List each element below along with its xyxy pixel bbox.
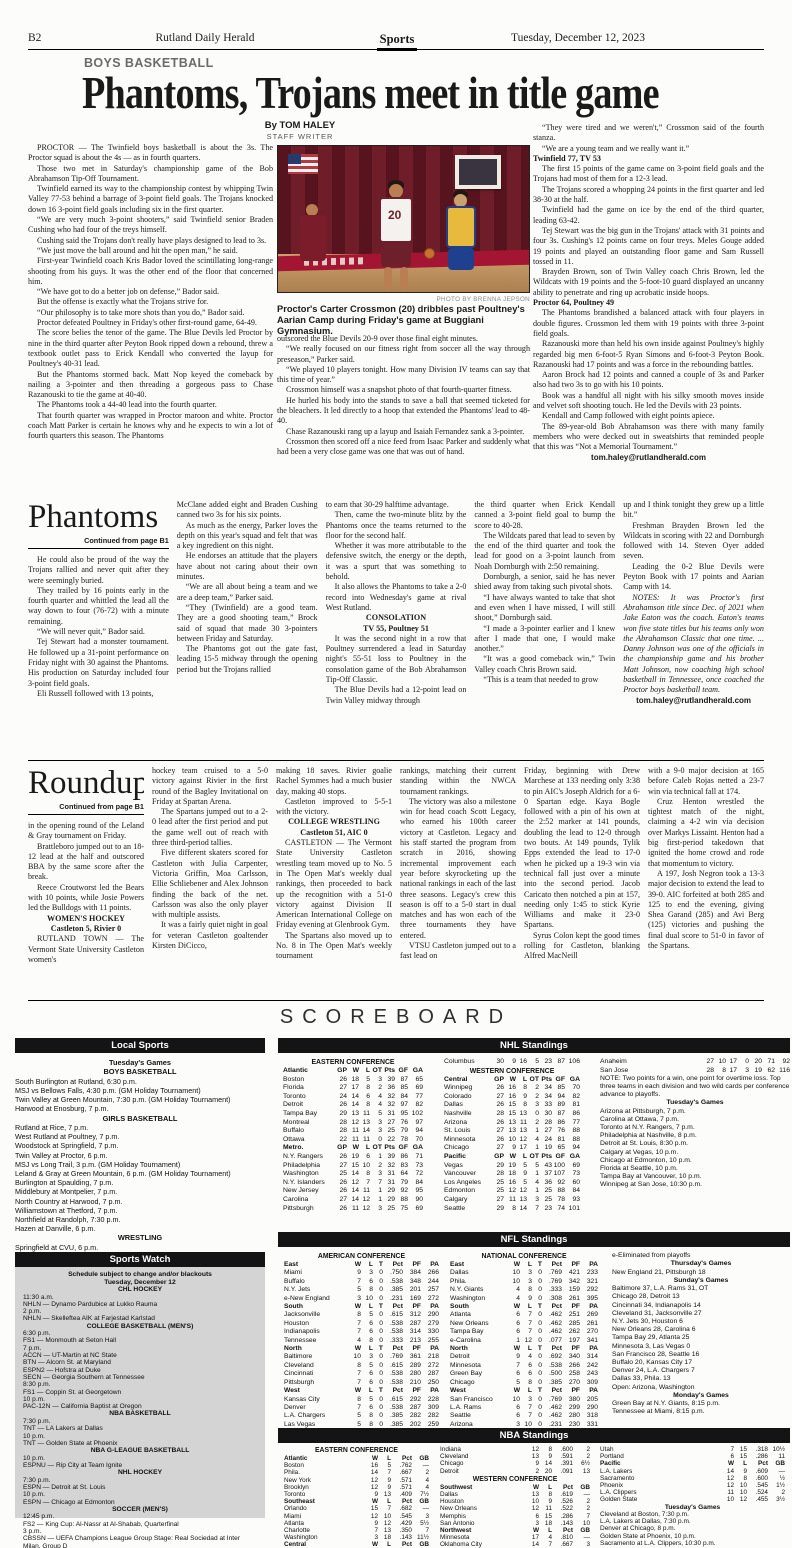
games-heading: Tuesday, December 12	[23, 1279, 257, 1287]
schedule-line: ESPNU — Rip City at Team Ignite	[23, 1462, 257, 1469]
stat-value: 280	[403, 1370, 421, 1378]
stat-value: 6	[361, 1379, 373, 1387]
stat-value: Pct	[542, 1387, 562, 1395]
standings-row: Chicago914.3916½	[440, 1460, 590, 1467]
schedule-line: Middlebury at Montpelier, 7 p.m.	[15, 1187, 265, 1196]
stat-value: .462	[542, 1320, 562, 1328]
stat-value: 65	[552, 1144, 565, 1153]
byline: By TOM HALEY STAFF WRITER	[170, 120, 430, 141]
stat-value: .545	[747, 1482, 768, 1489]
stat-value: L	[378, 1498, 391, 1505]
stat-value: —	[412, 1462, 429, 1469]
stat-value: 86	[565, 1110, 580, 1119]
schedule-line: FS1 — Monmouth at Seton Hall	[23, 1337, 257, 1344]
stat-value: 11	[516, 1119, 527, 1128]
roundup-header: Roundup Continued from page B1	[28, 766, 144, 815]
stat-value: 6	[361, 1404, 373, 1412]
stat-value: 107	[552, 1170, 565, 1179]
standings-row: Boston261853398765	[283, 1076, 423, 1085]
team-name: Anaheim	[600, 1058, 701, 1067]
stat-value: 269	[580, 1311, 598, 1319]
stat-value: PA	[421, 1261, 439, 1269]
stat-value: 233	[580, 1269, 598, 1277]
paragraph: making 18 saves. Rivier goalie Rachel Sy…	[276, 766, 392, 797]
conference-header: WESTERN CONFERENCE	[444, 1067, 580, 1076]
team-name: Memphis	[440, 1513, 526, 1520]
stat-value: PA	[421, 1387, 439, 1395]
paragraph: Freshman Brayden Brown led the Wildcats …	[623, 521, 764, 562]
stat-value: L	[520, 1261, 532, 1269]
stat-value: 6	[359, 1153, 370, 1162]
stat-value: 314	[580, 1353, 598, 1361]
team-name: Arizona	[444, 1119, 491, 1128]
stat-value: .091	[552, 1468, 573, 1475]
phantoms-continued: Continued from page B1	[28, 536, 169, 545]
stat-value: 12	[347, 1119, 359, 1128]
stat-value: 12	[504, 1187, 516, 1196]
stat-value: 23	[539, 1205, 552, 1214]
stat-value: .385	[383, 1286, 403, 1294]
photo-caption: Proctor's Carter Crossmon (20) dribbles …	[277, 304, 530, 336]
stat-value: .591	[552, 1453, 573, 1460]
standings-row: Montreal2812133277697	[283, 1119, 423, 1128]
paragraph: Whether it was more attributable to the …	[326, 541, 467, 582]
stat-value: 12	[365, 1513, 378, 1520]
stat-value: 380	[562, 1396, 580, 1404]
schedule-line: NHLN — Dynamo Pardubice at Lukko Rauma	[23, 1301, 257, 1308]
games-heading: GIRLS BASKETBALL	[15, 1114, 265, 1123]
stat-value: 0	[532, 1311, 542, 1319]
stat-value: 30	[491, 1058, 504, 1067]
team-name: N.Y. Giants	[450, 1286, 508, 1294]
stat-value: 20	[749, 1058, 762, 1067]
standings-row: Seattle670.462280318	[450, 1412, 598, 1420]
team-name: Detroit	[450, 1353, 508, 1361]
stat-value: 13	[378, 1527, 391, 1534]
paragraph: They trailed by 16 points early in the f…	[28, 586, 169, 627]
stat-value: L	[378, 1455, 391, 1462]
schedule-line: ACCN — UT-Martin at NC State	[23, 1352, 257, 1359]
stat-value: 4	[349, 1337, 361, 1345]
stat-value: 169	[403, 1295, 421, 1303]
team-name: Kansas City	[284, 1396, 349, 1404]
stat-value: 8	[361, 1337, 373, 1345]
stat-value: 12	[520, 1337, 532, 1345]
paragraph: “I have always wanted to take that shot …	[474, 593, 615, 624]
stat-value: 292	[403, 1396, 421, 1404]
photo-frame	[455, 155, 501, 189]
team-name: Northwest	[440, 1527, 526, 1534]
stat-value: .500	[542, 1370, 562, 1378]
stat-value: 10	[359, 1162, 370, 1171]
stat-value: 11	[504, 1196, 516, 1205]
standings-row: Jacksonville850.615312290	[284, 1311, 439, 1319]
stat-value: 5½	[412, 1520, 429, 1527]
stat-value: 2	[370, 1162, 382, 1171]
paragraph: Aaron Brock had 12 points and canned a c…	[533, 370, 764, 391]
standings-row: e-New England3100.231169272	[284, 1295, 439, 1303]
schedule-line: Chicago 28, Detroit 13	[612, 1293, 790, 1301]
stat-value: 11	[359, 1187, 370, 1196]
stat-value: Pct	[383, 1303, 403, 1311]
stat-value: 0	[532, 1286, 542, 1294]
stat-value: 3	[370, 1127, 382, 1136]
stat-value: 8	[539, 1446, 552, 1453]
paragraph: Then, came the two-minute blitz by the P…	[326, 510, 467, 541]
games-heading: NBA G-LEAGUE BASKETBALL	[23, 1447, 257, 1455]
stat-value: 13	[359, 1119, 370, 1128]
stat-value: W	[365, 1455, 378, 1462]
standings-row: New Orleans1211.5222	[440, 1505, 590, 1512]
standings-header-row: SouthWLTPctPFPA	[284, 1303, 439, 1311]
stat-value: 11½	[412, 1534, 429, 1541]
team-name: Portland	[600, 1453, 721, 1460]
note-text: CBSSN — UEFA Champions League Group Stag…	[23, 1535, 257, 1548]
stat-value: 28	[539, 1119, 552, 1128]
team-name: Miami	[284, 1269, 349, 1277]
team-name: Cincinnati	[284, 1370, 349, 1378]
stat-value: .750	[383, 1269, 403, 1277]
paragraph: Those two met in Saturday's championship…	[28, 164, 273, 185]
paragraph: A 197, Josh Negron took a 13-3 major dec…	[648, 869, 764, 951]
stat-value: 10	[361, 1295, 373, 1303]
schedule-line: Burlington at Spaulding, 7 p.m.	[15, 1178, 265, 1187]
standings-header-row: PacificWLPctGB	[600, 1460, 785, 1467]
stat-value: 5	[516, 1162, 527, 1171]
standings-header-row: SoutheastWLPctGB	[284, 1498, 429, 1505]
standings-row: Oklahoma City147.6673	[440, 1541, 590, 1548]
stat-value: 6	[361, 1328, 373, 1336]
stat-value: 266	[421, 1269, 439, 1277]
stat-value: 5	[361, 1362, 373, 1370]
stat-value: 7	[520, 1328, 532, 1336]
stat-value: L	[520, 1387, 532, 1395]
schedule-line: N.Y. Jets 30, Houston 6	[612, 1318, 790, 1326]
stat-value: 92	[395, 1187, 408, 1196]
standings-row: Green Bay660.500258243	[450, 1370, 598, 1378]
stat-value: .333	[542, 1286, 562, 1294]
paragraph: But the offense is exactly what the Troj…	[28, 297, 273, 307]
stat-value: 6	[508, 1311, 520, 1319]
byline-author: By TOM HALEY	[170, 120, 430, 131]
conference-header: EASTERN CONFERENCE	[284, 1446, 429, 1455]
games-heading: NBA BASKETBALL	[23, 1410, 257, 1418]
stat-value: 19	[749, 1067, 762, 1076]
paragraph: outscored the Blue Devils 20-9 over thos…	[277, 334, 530, 344]
notes-paragraph: NOTES: It was Proctor's first Abrahamson…	[623, 593, 764, 696]
stat-value: Pct	[552, 1484, 573, 1491]
stat-value: 8	[349, 1362, 361, 1370]
standings-row: Columbus3091652387106	[444, 1058, 580, 1067]
stat-value: 17	[726, 1067, 737, 1076]
stat-value: 0	[532, 1320, 542, 1328]
stat-value: 4	[539, 1534, 552, 1541]
games-heading: NHL HOCKEY	[23, 1469, 257, 1477]
stat-value: 4	[370, 1101, 382, 1110]
stat-value: 7	[349, 1370, 361, 1378]
paragraph: He endorses an attitude that the players…	[177, 551, 318, 582]
nfl-results-column: e-Eliminated from playoffsThursday's Gam…	[612, 1252, 790, 1417]
stat-value: 0	[373, 1396, 383, 1404]
stat-value: Pct	[383, 1345, 403, 1353]
byline-title: STAFF WRITER	[170, 132, 430, 141]
standings-row: Winnipeg261682348570	[444, 1084, 580, 1093]
stat-value: 70	[408, 1136, 423, 1145]
stat-value: 82	[565, 1093, 580, 1102]
stat-value: 9	[378, 1484, 391, 1491]
stat-value: 26	[491, 1119, 504, 1128]
stat-value: PA	[580, 1261, 598, 1269]
team-name: South	[284, 1303, 349, 1311]
schedule-line: Florida at Seattle, 10 p.m.	[600, 1165, 790, 1173]
stat-value: 69	[565, 1162, 580, 1171]
stat-value: 14	[516, 1205, 527, 1214]
stat-value: 1	[527, 1170, 539, 1179]
stat-value: 88	[565, 1136, 580, 1145]
stat-value: GA	[408, 1067, 423, 1076]
team-name: Atlanta	[450, 1311, 508, 1319]
team-name: Jacksonville	[284, 1311, 349, 1319]
scoreboard-top-rule	[28, 1000, 764, 1001]
paragraph: The victory was also a milestone win for…	[400, 797, 516, 941]
stat-value: W	[347, 1144, 359, 1153]
schedule-line: Open: Arizona, Washington	[612, 1384, 790, 1392]
stat-value: T	[373, 1303, 383, 1311]
stat-value: 22	[382, 1136, 395, 1145]
stat-value: GF	[395, 1144, 408, 1153]
stat-value: 1	[527, 1127, 539, 1136]
stat-value: 2	[527, 1084, 539, 1093]
standings-row: Boston165.762—	[284, 1462, 429, 1469]
stat-value: 73	[408, 1162, 423, 1171]
stat-value: 22	[334, 1136, 347, 1145]
stat-value: .538	[383, 1278, 403, 1286]
stat-value: PA	[580, 1387, 598, 1395]
stat-value: 243	[580, 1370, 598, 1378]
team-name: Metro.	[283, 1144, 334, 1153]
schedule-line: e-Eliminated from playoffs	[612, 1252, 790, 1260]
stat-value: 88	[565, 1127, 580, 1136]
stat-value: 257	[421, 1286, 439, 1294]
stat-value: 106	[565, 1058, 580, 1067]
schedule-line: Northfield at Randolph, 7:30 p.m.	[15, 1215, 265, 1224]
sports-watch-bar: Sports Watch	[15, 1252, 265, 1267]
stat-value: 95	[395, 1110, 408, 1119]
stat-value: 2	[573, 1498, 590, 1505]
stat-value: PA	[421, 1345, 439, 1353]
stat-value: 92	[552, 1179, 565, 1188]
stat-value: T	[532, 1303, 542, 1311]
stat-value: 13	[516, 1196, 527, 1205]
photo-basketball	[424, 248, 435, 259]
team-name: Tampa Bay	[450, 1328, 508, 1336]
schedule-line: Carolina at Ottawa, 7 p.m.	[600, 1116, 790, 1124]
stat-value: 14	[347, 1196, 359, 1205]
team-name: Baltimore	[284, 1353, 349, 1361]
stat-value: L	[520, 1345, 532, 1353]
stat-value: .409	[391, 1491, 412, 1498]
paragraph: That fourth quarter was wrapped in Proct…	[28, 411, 273, 442]
roundup-column-6: with a 9-0 major decision at 165 before …	[648, 766, 764, 998]
nhl-notes-games-column: Anaheim2710170207192San Jose288173196211…	[600, 1058, 790, 1190]
stat-value: 15	[347, 1162, 359, 1171]
paragraph: “They (Twinfield) are a good team. They …	[177, 603, 318, 644]
stat-value: 7½	[412, 1491, 429, 1498]
stat-value: 395	[580, 1295, 598, 1303]
stat-value: 16	[504, 1179, 516, 1188]
email-line: tom.haley@rutlandherald.com	[533, 453, 764, 463]
stat-value: .667	[552, 1541, 573, 1548]
games-heading: Thursday's Games	[612, 1260, 790, 1268]
stat-value: 12	[526, 1505, 539, 1512]
stat-value: .333	[383, 1337, 403, 1345]
stat-value: .615	[383, 1362, 403, 1370]
stat-value: 251	[562, 1311, 580, 1319]
stat-value: 7	[349, 1320, 361, 1328]
stat-value: 0	[373, 1412, 383, 1420]
standings-row: Tampa Bay670.462262270	[450, 1328, 598, 1336]
stat-value: 9	[520, 1295, 532, 1303]
roundup-rule	[28, 814, 144, 815]
section-label: Sports	[352, 30, 442, 51]
stat-value: 3	[370, 1076, 382, 1085]
stat-value: 88	[552, 1187, 565, 1196]
stat-value: 77	[408, 1093, 423, 1102]
stat-value: 39	[382, 1153, 395, 1162]
standings-row: Houston109.5262	[440, 1498, 590, 1505]
stat-value: 3	[349, 1295, 361, 1303]
team-name: Oklahoma City	[440, 1541, 526, 1548]
schedule-line: Sacramento at L.A. Clippers, 10:30 p.m.	[600, 1540, 785, 1547]
stat-value: 285	[562, 1320, 580, 1328]
stat-value: .391	[552, 1460, 573, 1467]
games-heading: Tuesday's Games	[600, 1504, 785, 1512]
stat-value: 15	[504, 1110, 516, 1119]
team-name: e-Carolina	[450, 1337, 508, 1345]
stat-value: 27	[334, 1084, 347, 1093]
stat-value: 13	[347, 1110, 359, 1119]
stat-value: 6	[520, 1370, 532, 1378]
team-name: Minnesota	[440, 1534, 526, 1541]
standings-row: Atlanta670.462251269	[450, 1311, 598, 1319]
schedule-line: Denver 24, L.A. Chargers 7	[612, 1367, 790, 1375]
stat-value: .571	[391, 1477, 412, 1484]
schedule-line: Green Bay at N.Y. Giants, 8:15 p.m.	[612, 1400, 790, 1408]
stat-value: W	[508, 1261, 520, 1269]
standings-row: Minnesota760.538266242	[450, 1362, 598, 1370]
stat-value: PF	[403, 1261, 421, 1269]
stat-value: Pct	[542, 1303, 562, 1311]
stat-value: 27	[701, 1058, 714, 1067]
standings-row: Minnesota2610124248188	[444, 1136, 580, 1145]
stat-value: 20	[539, 1468, 552, 1475]
stat-value: .571	[391, 1484, 412, 1491]
stat-value: 4	[520, 1353, 532, 1361]
schedule-line: Cincinnati 34, Indianapolis 14	[612, 1302, 790, 1310]
stat-value: GB	[573, 1527, 590, 1534]
stat-value: 13	[504, 1127, 516, 1136]
stat-value: .462	[542, 1311, 562, 1319]
stat-value: 26	[334, 1153, 347, 1162]
stat-value: OT	[527, 1153, 539, 1162]
stat-value: 19	[504, 1162, 516, 1171]
stat-value: W	[526, 1484, 539, 1491]
games-heading: Sunday's Games	[612, 1277, 790, 1285]
stat-value: L	[359, 1144, 370, 1153]
stat-value: 7	[520, 1320, 532, 1328]
stat-value: 0	[373, 1362, 383, 1370]
stat-value: 29	[334, 1110, 347, 1119]
paragraph: He hurled his body into the stands to sa…	[277, 396, 530, 427]
stat-value: 87	[395, 1076, 408, 1085]
team-name: Boston	[283, 1076, 334, 1085]
stat-value: 12	[359, 1205, 370, 1214]
stat-value: 6	[721, 1453, 734, 1460]
stat-value: 8	[516, 1101, 527, 1110]
team-name: Washington	[283, 1170, 334, 1179]
standings-row: Pittsburgh760.538210250	[284, 1379, 439, 1387]
stat-value: 15	[539, 1513, 552, 1520]
conference-header: EASTERN CONFERENCE	[283, 1058, 423, 1067]
stat-value: 9	[734, 1468, 747, 1475]
stat-value: Pct	[391, 1498, 412, 1505]
stat-value: 7	[520, 1311, 532, 1319]
paragraph: “We played 10 players tonight. How many …	[277, 365, 530, 386]
paragraph: “I made a 3-pointer earlier and I knew a…	[474, 624, 615, 655]
team-name: L.A. Clippers	[600, 1489, 721, 1496]
paragraph: The Spartans also moved up to No. 8 in T…	[276, 931, 392, 962]
stat-value: 31	[382, 1179, 395, 1188]
schedule-line: MSJ vs Bellows Falls, 4:30 p.m. (GM Holi…	[15, 1086, 265, 1095]
stat-value: 261	[562, 1295, 580, 1303]
stat-value: 28	[334, 1127, 347, 1136]
stat-value: 94	[565, 1144, 580, 1153]
stat-value: .522	[552, 1505, 573, 1512]
paragraph: As much as the energy, Parker loves the …	[177, 521, 318, 552]
standings-row: Denver760.538287309	[284, 1404, 439, 1412]
paragraph: Tej Stewart was the big gun in the Troja…	[533, 226, 764, 267]
stat-value: 0	[373, 1404, 383, 1412]
stat-value: 0	[373, 1370, 383, 1378]
standings-row: N.Y. Giants480.333159292	[450, 1286, 598, 1294]
standings-row: Indiana128.6002	[440, 1446, 590, 1453]
schedule-line: FS1 — Coppin St. at Georgetown	[23, 1389, 257, 1396]
stat-value: 5	[361, 1311, 373, 1319]
stat-value: 287	[403, 1320, 421, 1328]
stat-value: 16	[504, 1084, 516, 1093]
standings-row: Toronto913.4097½	[284, 1491, 429, 1498]
stat-value: 7	[378, 1469, 391, 1476]
standings-row: Houston760.538287279	[284, 1320, 439, 1328]
stat-value: W	[347, 1067, 359, 1076]
paragraph: Proctor defeated Poultney in Friday's ot…	[28, 318, 273, 328]
stat-value: 8	[734, 1475, 747, 1482]
paragraph: Leading the 0-2 Blue Devils were Peyton …	[623, 562, 764, 593]
stat-value: 340	[562, 1353, 580, 1361]
stat-value: 3	[370, 1170, 382, 1179]
team-name: Atlantic	[283, 1067, 334, 1076]
headline-text: Phantoms, Trojans meet in title game	[82, 66, 659, 119]
games-heading: Tuesday's Games	[600, 1099, 790, 1107]
stat-value: 4	[508, 1286, 520, 1294]
schedule-line: TNT — Golden State at Phoenix	[23, 1440, 257, 1447]
team-name: Pacific	[444, 1153, 491, 1162]
team-name: Seattle	[450, 1412, 508, 1420]
stat-value: 2	[527, 1119, 539, 1128]
stat-value: L	[516, 1076, 527, 1085]
stat-value: 342	[562, 1278, 580, 1286]
stat-value: 0	[532, 1295, 542, 1303]
